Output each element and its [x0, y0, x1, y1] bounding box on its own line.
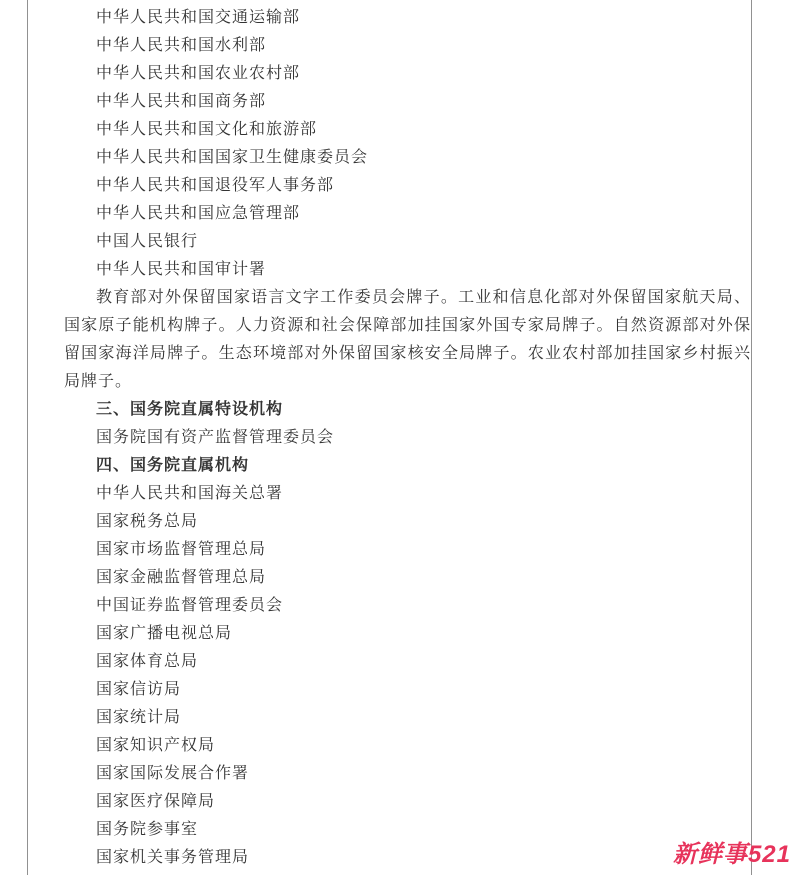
ministry-list-item: 中华人民共和国应急管理部: [64, 200, 751, 228]
agency-list-item: 国家医疗保障局: [64, 788, 751, 816]
section3-list-item: 国务院国有资产监督管理委员会: [64, 424, 751, 452]
watermark-text: 新鲜事521: [673, 840, 791, 870]
agency-list-item: 国家国际发展合作署: [64, 760, 751, 788]
agency-list-item: 中国证券监督管理委员会: [64, 592, 751, 620]
agency-list-item: 国家金融监督管理总局: [64, 564, 751, 592]
section3-heading: 三、国务院直属特设机构: [64, 396, 751, 424]
agency-list-item: 国家税务总局: [64, 508, 751, 536]
agency-list-item: 国家体育总局: [64, 648, 751, 676]
retained-names-remarks-paragraph: 教育部对外保留国家语言文字工作委员会牌子。工业和信息化部对外保留国家航天局、国家…: [64, 284, 751, 396]
section4-heading: 四、国务院直属机构: [64, 452, 751, 480]
agency-list-item: 国务院参事室: [64, 816, 751, 844]
ministry-list-item: 中华人民共和国水利部: [64, 32, 751, 60]
ministry-list-item: 中华人民共和国国家卫生健康委员会: [64, 144, 751, 172]
agency-list-item: 国家信访局: [64, 676, 751, 704]
document-content-column: 中华人民共和国交通运输部 中华人民共和国水利部 中华人民共和国农业农村部 中华人…: [27, 0, 752, 875]
ministry-list-item: 中华人民共和国文化和旅游部: [64, 116, 751, 144]
ministry-list-item: 中国人民银行: [64, 228, 751, 256]
ministry-list-item: 中华人民共和国审计署: [64, 256, 751, 284]
agency-list-item: 国家知识产权局: [64, 732, 751, 760]
agency-list-item: 中华人民共和国海关总署: [64, 480, 751, 508]
ministry-list-item: 中华人民共和国退役军人事务部: [64, 172, 751, 200]
agency-list-item: 国家广播电视总局: [64, 620, 751, 648]
ministry-list-item: 中华人民共和国商务部: [64, 88, 751, 116]
agency-list-item: 国家统计局: [64, 704, 751, 732]
agency-list-item: 国家机关事务管理局: [64, 844, 751, 872]
ministry-list-item: 中华人民共和国交通运输部: [64, 4, 751, 32]
ministry-list-item: 中华人民共和国农业农村部: [64, 60, 751, 88]
agency-list-item: 国家市场监督管理总局: [64, 536, 751, 564]
